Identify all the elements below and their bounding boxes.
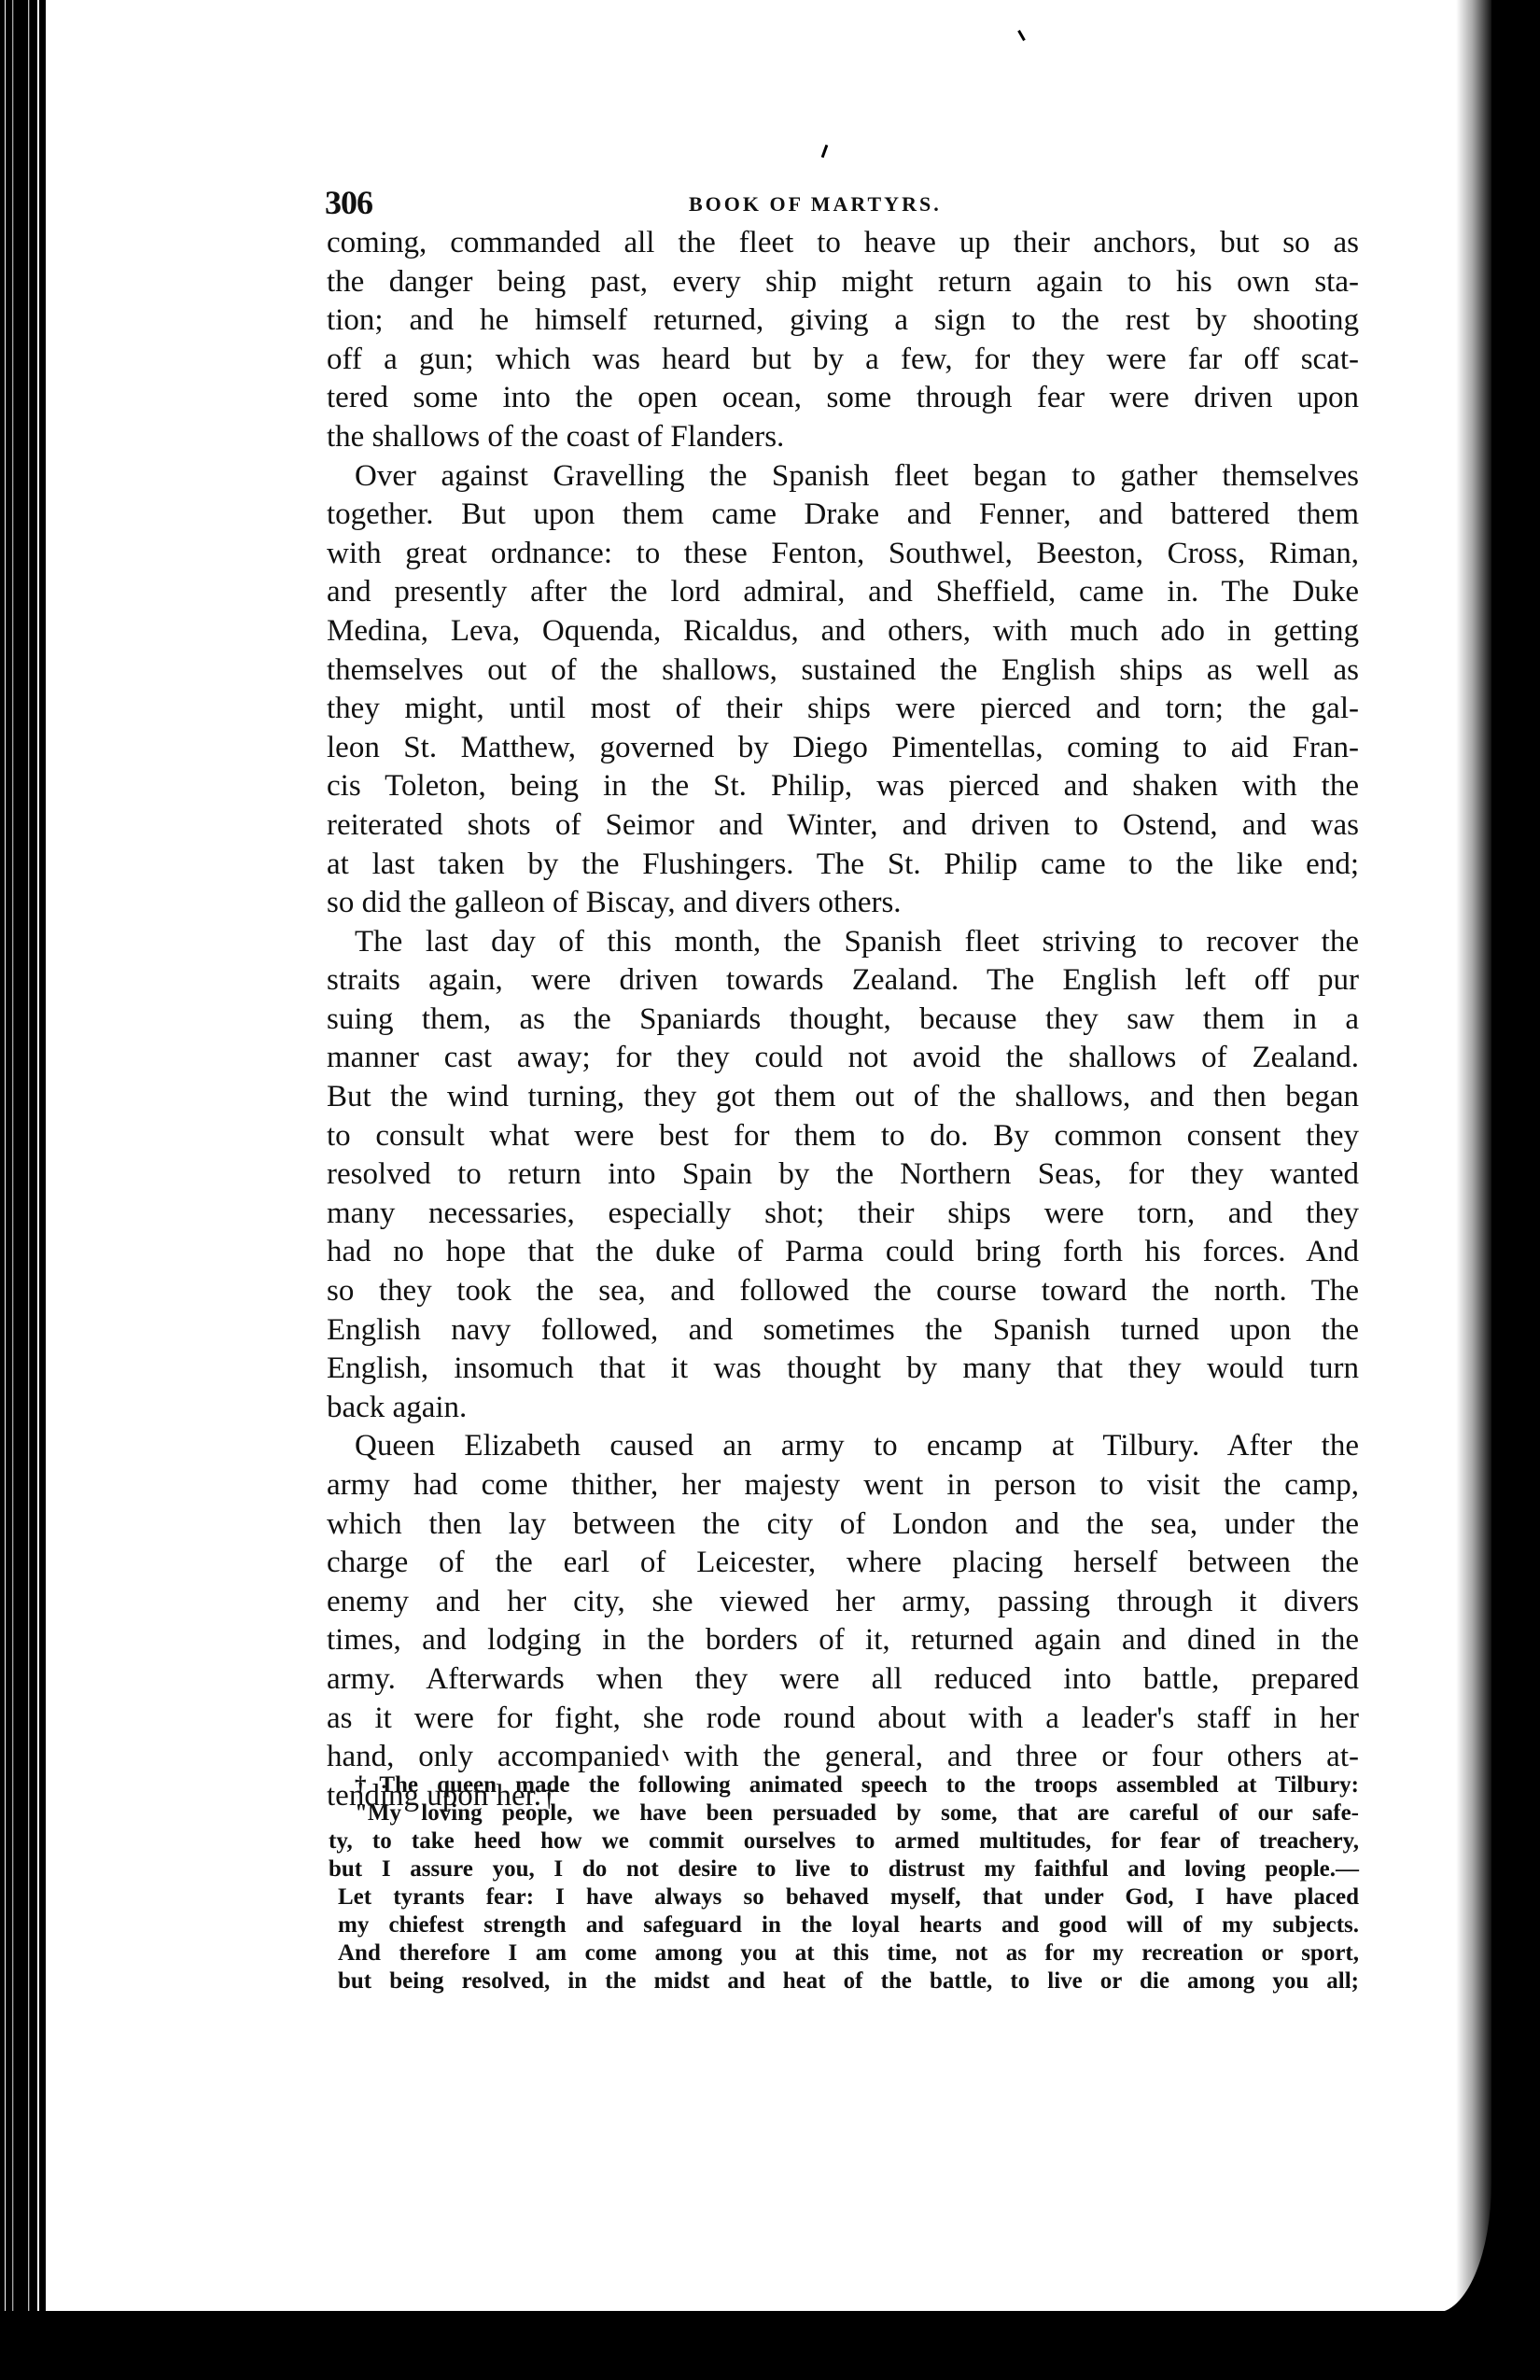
paragraph: The last day of this month, the Spanish … (327, 923, 1359, 1428)
text-line: coming, commanded all the fleet to heave… (327, 224, 1359, 263)
text-line: the shallows of the coast of Flanders. (327, 418, 1359, 457)
footnote: †The queen made the following animated s… (338, 1771, 1359, 1995)
footnote-line: Let tyrants fear: I have always so behav… (338, 1883, 1359, 1911)
text-line: tion; and he himself returned, giving a … (327, 301, 1359, 341)
running-title: BOOK OF MARTYRS. (689, 192, 942, 217)
footnote-line: my chiefest strength and safeguard in th… (338, 1911, 1359, 1939)
text-line: cis Toleton, being in the St. Philip, wa… (327, 767, 1359, 806)
text-line: themselves out of the shallows, sustaine… (327, 651, 1359, 691)
text-line: Queen Elizabeth caused an army to encamp… (327, 1427, 1359, 1466)
text-line: back again. (327, 1389, 1359, 1428)
text-line: so did the galleon of Biscay, and divers… (327, 884, 1359, 923)
text-line: so they took the sea, and followed the c… (327, 1272, 1359, 1311)
text-line: as it were for fight, she rode round abo… (327, 1700, 1359, 1739)
paragraph: Over against Gravelling the Spanish flee… (327, 457, 1359, 923)
text-line: leon St. Matthew, governed by Diego Pime… (327, 729, 1359, 768)
footnote-line: but being resolved, in the midst and hea… (338, 1967, 1359, 1995)
footnote-line: but I assure you, I do not desire to liv… (329, 1855, 1359, 1883)
text-line: suing them, as the Spaniards thought, be… (327, 1001, 1359, 1040)
footnote-line: †The queen made the following animated s… (338, 1771, 1359, 1799)
text-line: times, and lodging in the borders of it,… (327, 1621, 1359, 1660)
text-line: reiterated shots of Seimor and Winter, a… (327, 806, 1359, 846)
text-line: The last day of this month, the Spanish … (327, 923, 1359, 962)
page-bottom-edge-shadow (0, 2311, 1540, 2380)
footnote-line: And therefore I am come among you at thi… (338, 1939, 1359, 1967)
text-line: army. Afterwards when they were all redu… (327, 1660, 1359, 1700)
paragraph: coming, commanded all the fleet to heave… (327, 224, 1359, 457)
text-line: army had come thither, her majesty went … (327, 1466, 1359, 1505)
page-right-edge-shadow (1456, 0, 1540, 2380)
text-line: tered some into the open ocean, some thr… (327, 379, 1359, 418)
text-line: English navy followed, and sometimes the… (327, 1311, 1359, 1351)
text-line: But the wind turning, they got them out … (327, 1078, 1359, 1117)
book-binding-edge (0, 0, 43, 2380)
text-line: Over against Gravelling the Spanish flee… (327, 457, 1359, 497)
text-line: they might, until most of their ships we… (327, 690, 1359, 729)
text-line: the danger being past, every ship might … (327, 263, 1359, 302)
text-line: and presently after the lord admiral, an… (327, 573, 1359, 612)
running-head: 306 BOOK OF MARTYRS. (325, 183, 1359, 220)
text-line: many necessaries, especially shot; their… (327, 1195, 1359, 1234)
body-text: coming, commanded all the fleet to heave… (327, 224, 1359, 1815)
text-line: English, insomuch that it was thought by… (327, 1350, 1359, 1389)
text-line: resolved to return into Spain by the Nor… (327, 1155, 1359, 1195)
text-line: enemy and her city, she viewed her army,… (327, 1583, 1359, 1622)
text-line: charge of the earl of Leicester, where p… (327, 1544, 1359, 1583)
text-line: together. But upon them came Drake and F… (327, 496, 1359, 535)
text-line: with great ordnance: to these Fenton, So… (327, 535, 1359, 574)
text-line: to consult what were best for them to do… (327, 1117, 1359, 1156)
text-line: which then lay between the city of Londo… (327, 1505, 1359, 1545)
paragraph: Queen Elizabeth caused an army to encamp… (327, 1427, 1359, 1815)
text-line: had no hope that the duke of Parma could… (327, 1233, 1359, 1272)
page-number: 306 (325, 183, 372, 222)
footnote-line: ty, to take heed how we commit ourselves… (329, 1827, 1359, 1855)
text-line: straits again, were driven towards Zeala… (327, 961, 1359, 1001)
text-line: manner cast away; for they could not avo… (327, 1039, 1359, 1078)
page-gutter-line (43, 0, 46, 2313)
text-line: off a gun; which was heard but by a few,… (327, 341, 1359, 380)
text-line: at last taken by the Flushingers. The St… (327, 846, 1359, 885)
text-line: Medina, Leva, Oquenda, Ricaldus, and oth… (327, 612, 1359, 651)
footnote-line: "My loving people, we have been persuade… (338, 1799, 1359, 1827)
